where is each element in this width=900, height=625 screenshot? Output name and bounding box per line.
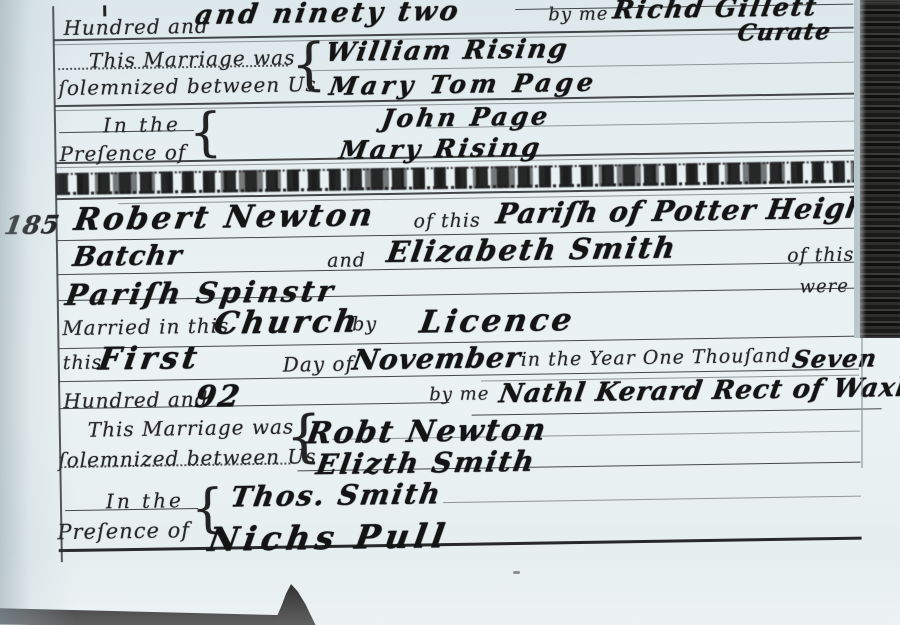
printed-by-me: by me bbox=[429, 383, 489, 405]
bride-signature: Elizth Smith bbox=[314, 445, 539, 482]
groom-parish: Pariſh of Potter Heigham bbox=[494, 191, 900, 231]
officiant-title: Curate bbox=[735, 18, 833, 47]
printed-presence-of: Preſence of bbox=[57, 518, 190, 544]
brace: { bbox=[291, 36, 328, 95]
groom-signature: William Rising bbox=[324, 34, 572, 68]
printed-solemnized-between-us: ſolemnized between Us bbox=[58, 72, 317, 100]
printed-by: by bbox=[352, 313, 377, 335]
printed-of-this: of this bbox=[787, 244, 855, 267]
printed-in-the: In the bbox=[106, 488, 184, 513]
printed-hundred-and: Hundred and bbox=[63, 387, 209, 413]
year-word-value: Seven bbox=[790, 343, 879, 373]
witness-signature: Thos. Smith bbox=[228, 477, 444, 513]
printed-this-marriage-was: This Marriage was bbox=[88, 414, 295, 441]
printed-married-in-this: Married in this bbox=[62, 313, 229, 340]
handwritten-year-words: and ninety two bbox=[193, 0, 463, 31]
year-digits: 92 bbox=[193, 379, 244, 415]
page-edge-line bbox=[861, 338, 863, 468]
day-value: First bbox=[96, 340, 204, 378]
printed-presence-of: Preſence of bbox=[59, 140, 186, 166]
printed-hundred-and: Hundred and bbox=[63, 14, 209, 40]
binding-strip bbox=[860, 0, 900, 338]
entry-margin-number: 185 bbox=[2, 210, 62, 240]
register-scan: Hundred and and ninety two by me Richd G… bbox=[0, 0, 900, 625]
printed-year-phrase: in the Year One Thouſand bbox=[521, 345, 792, 371]
officiant-signature: Nathl Kerard Rect of Waxham bbox=[497, 372, 900, 409]
scan-speck bbox=[513, 571, 520, 574]
printed-and: and bbox=[327, 249, 366, 272]
printed-of-this: of this bbox=[413, 210, 481, 233]
printed-by-me: by me bbox=[548, 3, 608, 25]
groom-name: Robert Newton bbox=[72, 197, 378, 238]
printed-solemnized-between-us: ſolemnized between Us bbox=[58, 444, 317, 472]
brace: { bbox=[189, 106, 223, 161]
month-value: November bbox=[350, 341, 523, 377]
groom-condition: Batchr bbox=[71, 240, 185, 273]
register-sheet: Hundred and and ninety two by me Richd G… bbox=[0, 0, 900, 625]
printed-day-of: Day of bbox=[283, 352, 354, 377]
witness-signature: John Page bbox=[380, 101, 553, 133]
ruled-line bbox=[443, 496, 861, 504]
printed-in-the: In the bbox=[103, 112, 181, 137]
licence-value: Licence bbox=[417, 302, 577, 341]
printed-this-marriage-was: This Marriage was bbox=[89, 45, 296, 72]
witness-signature: Mary Rising bbox=[337, 132, 544, 164]
church-value: Church bbox=[211, 303, 362, 341]
bride-signature: Mary Tom Page bbox=[327, 68, 599, 101]
witness-signature: Nichs Pull bbox=[205, 516, 452, 559]
bride-name: Elizabeth Smith bbox=[384, 230, 679, 269]
printed-were: were bbox=[799, 276, 849, 298]
